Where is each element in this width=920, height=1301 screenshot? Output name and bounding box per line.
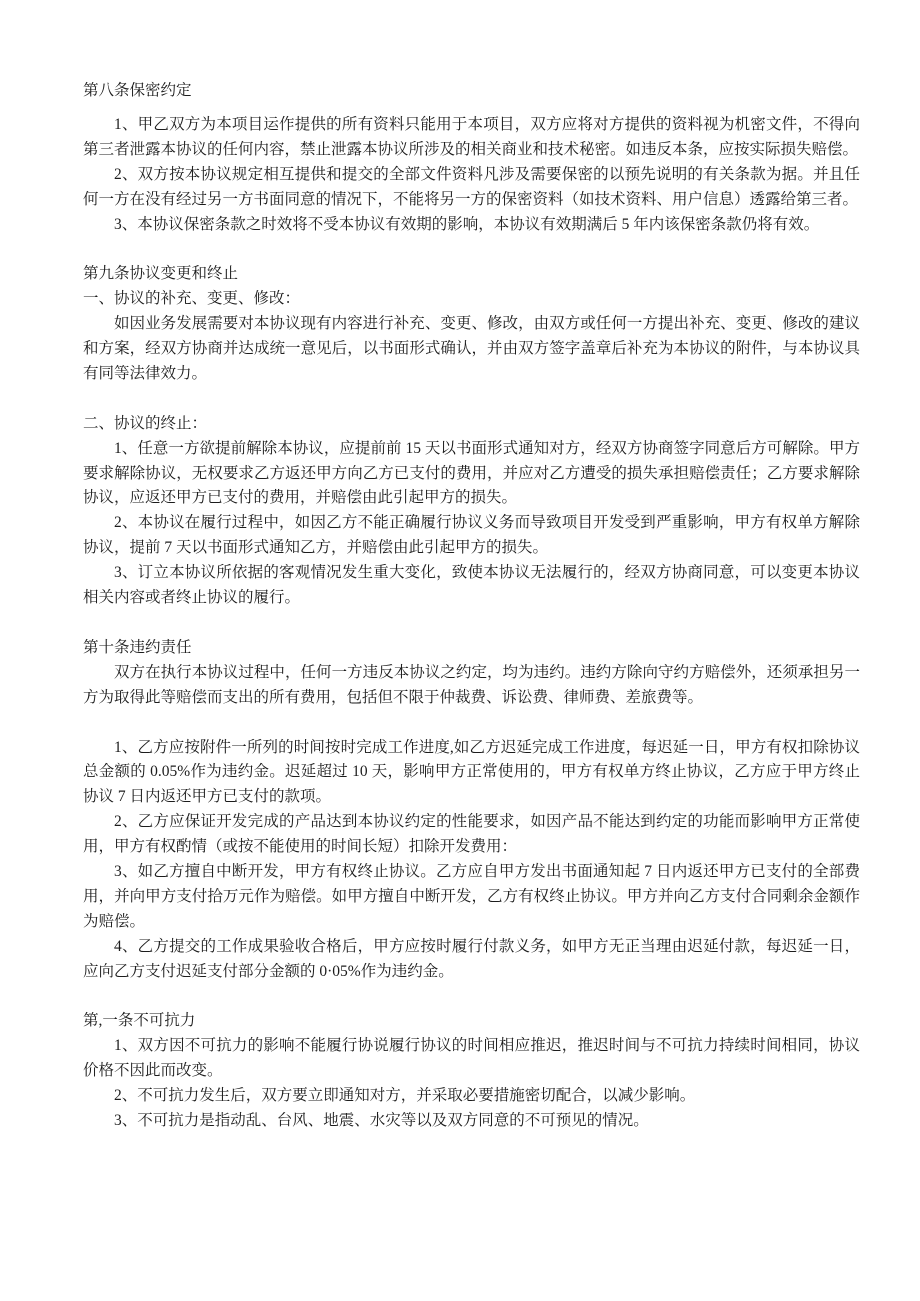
clause-11-item-1: 1、双方因不可抗力的影响不能履行协说履行协议的时间相应推迟，推迟时间与不可抗力持… xyxy=(83,1034,860,1084)
blank-line xyxy=(83,387,860,412)
clause-11-heading: 第,一条不可抗力 xyxy=(83,1009,860,1034)
clause-11-item-3: 3、不可抗力是指动乱、台风、地震、水灾等以及双方同意的不可预见的情况。 xyxy=(83,1109,860,1134)
clause-8-item-3: 3、本协议保密条款之时效将不受本协议有效期的影响，本协议有效期满后 5 年内该保… xyxy=(83,213,860,238)
clause-9-supplement-body: 如因业务发展需要对本协议现有内容进行补充、变更、修改，由双方或任何一方提出补充、… xyxy=(83,312,860,387)
clause-8-item-1: 1、甲乙双方为本项目运作提供的所有资料只能用于本项目，双方应将对方提供的资料视为… xyxy=(83,113,860,163)
document-page: 第八条保密约定 1、甲乙双方为本项目运作提供的所有资料只能用于本项目，双方应将对… xyxy=(0,0,920,1301)
blank-line xyxy=(83,711,860,736)
clause-11-item-2: 2、不可抗力发生后，双方要立即通知对方，并采取必要措施密切配合，以减少影响。 xyxy=(83,1084,860,1109)
clause-9-termination-item-2: 2、本协议在履行过程中，如因乙方不能正确履行协议义务而导致项目开发受到严重影响，… xyxy=(83,511,860,561)
clause-9-termination-item-1: 1、任意一方欲提前解除本协议，应提前前 15 天以书面形式通知对方，经双方协商签… xyxy=(83,437,860,512)
blank-line xyxy=(83,985,860,1010)
clause-9-subheading-supplement: 一、协议的补充、变更、修改： xyxy=(83,287,860,312)
blank-line xyxy=(83,237,860,262)
clause-10-heading: 第十条违约责任 xyxy=(83,636,860,661)
clause-9-heading: 第九条协议变更和终止 xyxy=(83,262,860,287)
clause-9-subheading-termination: 二、协议的终止： xyxy=(83,412,860,437)
clause-8-item-2: 2、双方按本协议规定相互提供和提交的全部文件资料凡涉及需要保密的以预先说明的有关… xyxy=(83,163,860,213)
clause-10-item-2: 2、乙方应保证开发完成的产品达到本协议约定的性能要求，如因产品不能达到约定的功能… xyxy=(83,810,860,860)
clause-10-item-3: 3、如乙方擅自中断开发，甲方有权终止协议。乙方应自甲方发出书面通知起 7 日内返… xyxy=(83,860,860,935)
clause-10-item-4: 4、乙方提交的工作成果验收合格后，甲方应按时履行付款义务，如甲方无正当理由迟延付… xyxy=(83,935,860,985)
clause-9-termination-item-3: 3、订立本协议所依据的客观情况发生重大变化，致使本协议无法履行的，经双方协商同意… xyxy=(83,561,860,611)
blank-line xyxy=(83,611,860,636)
clause-10-item-1: 1、乙方应按附件一所列的时间按时完成工作进度,如乙方迟延完成工作进度，每迟延一日… xyxy=(83,736,860,811)
clause-10-intro: 双方在执行本协议过程中，任何一方违反本协议之约定，均为违约。违约方除向守约方赔偿… xyxy=(83,661,860,711)
clause-8-heading: 第八条保密约定 xyxy=(83,79,860,104)
